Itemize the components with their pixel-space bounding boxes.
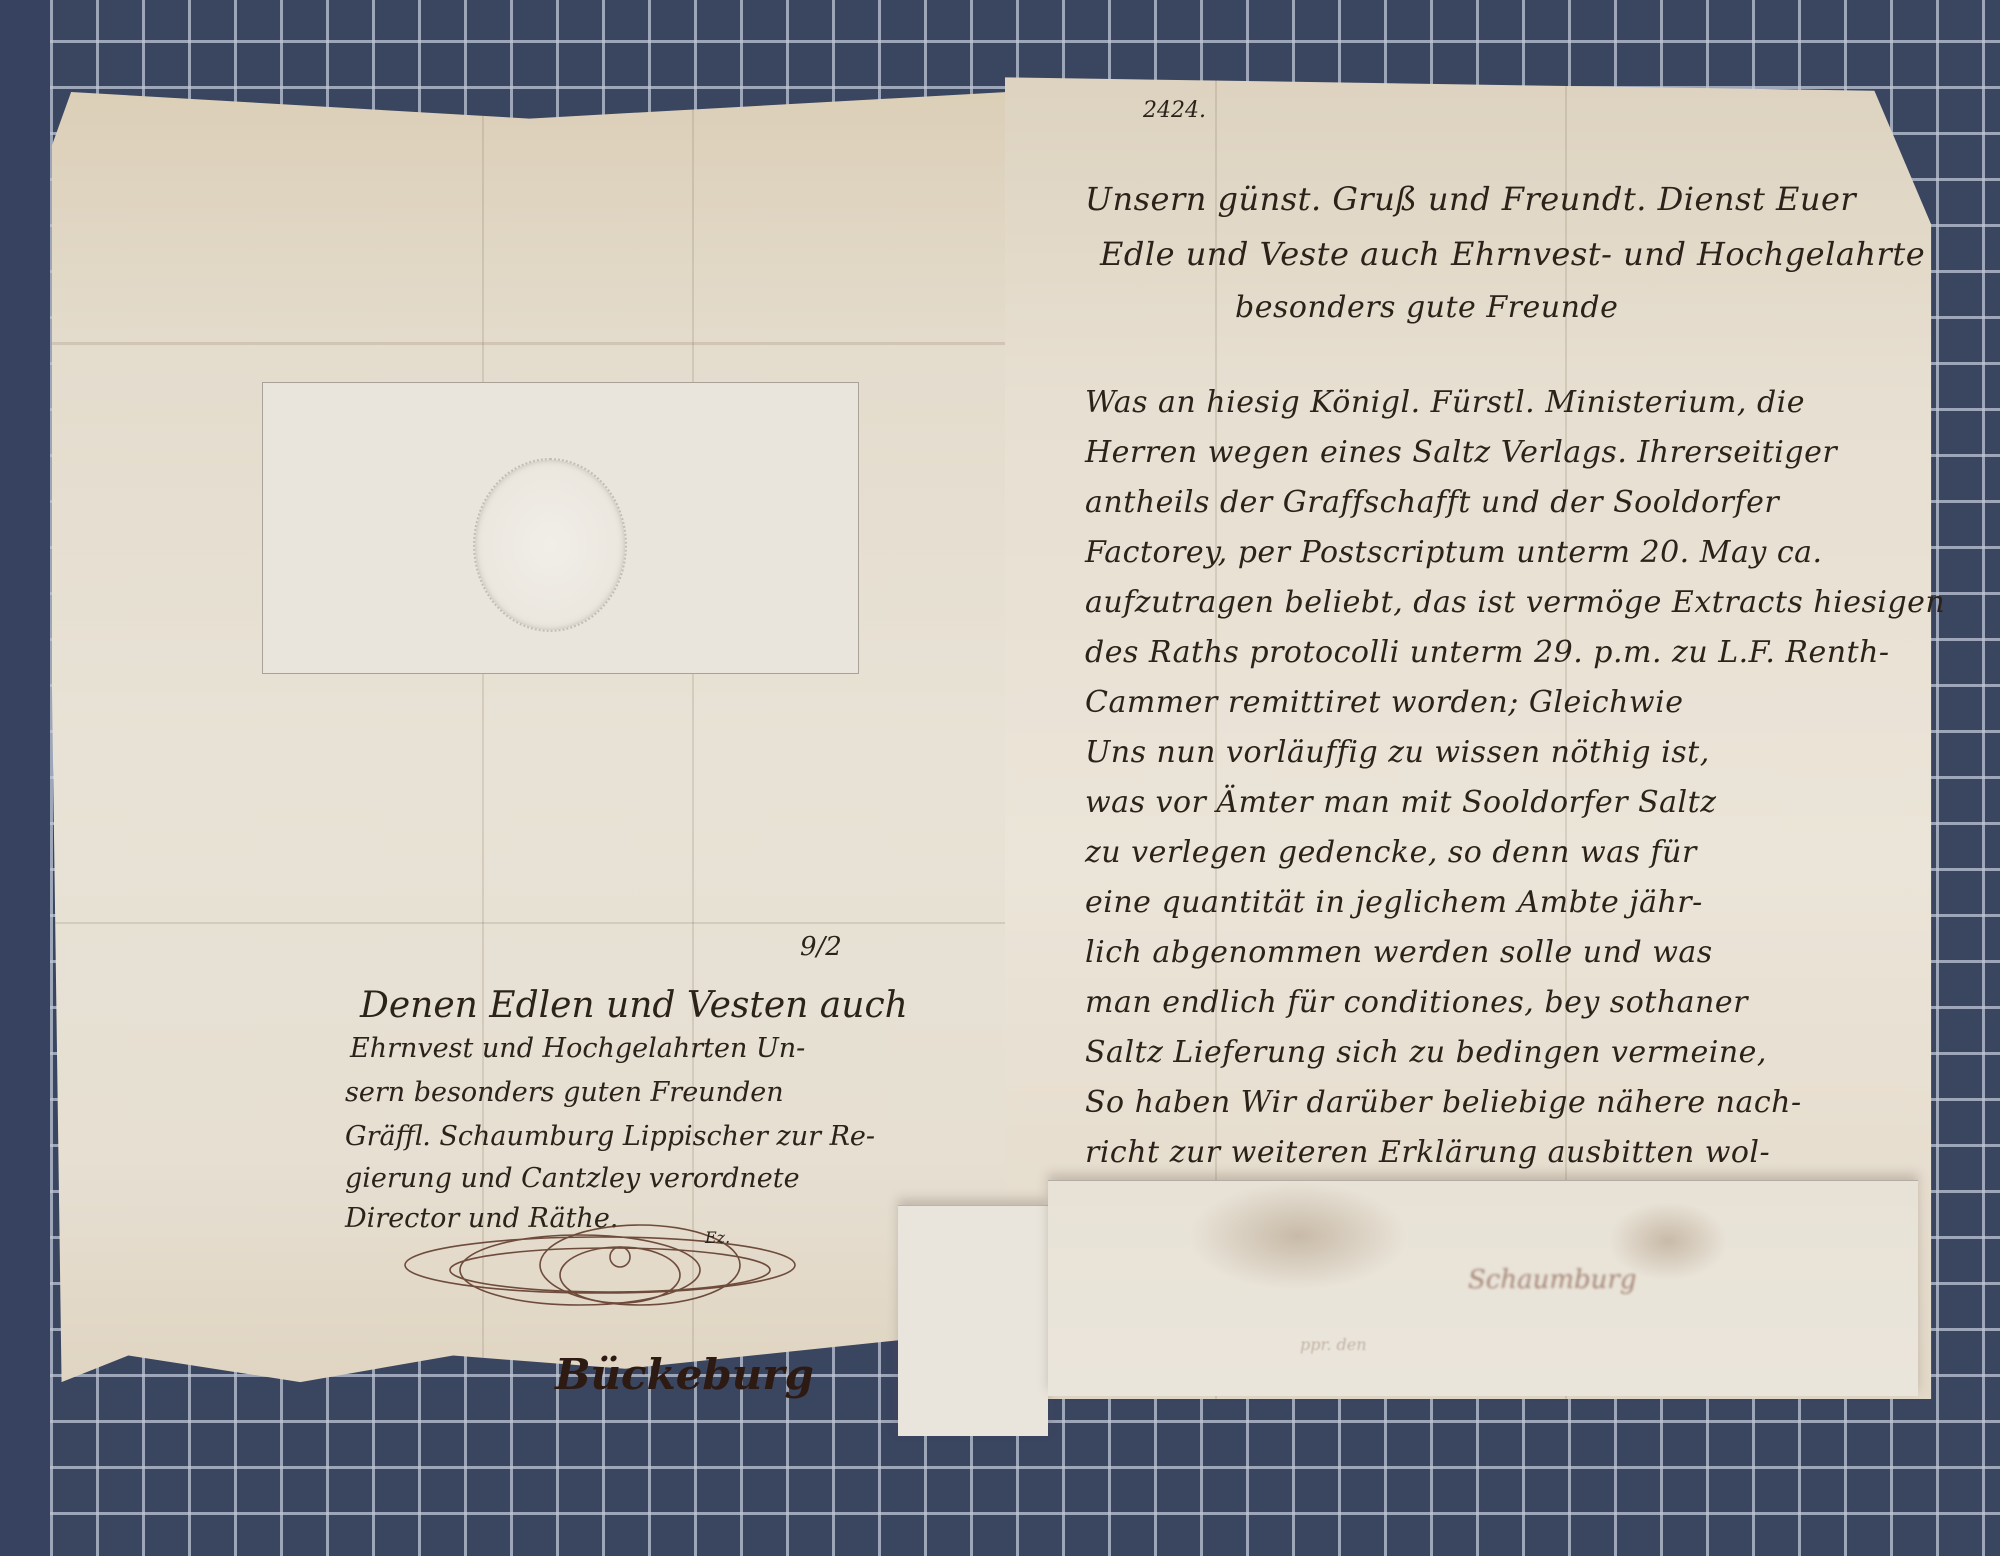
fold-crease (52, 922, 1007, 924)
address-line: Gräffl. Schaumburg Lippischer zur Re- (345, 1121, 875, 1152)
fraction-mark: 9/2 (800, 932, 842, 962)
salutation-line: Unsern günst. Gruß und Freundt. Dienst E… (1085, 180, 1856, 218)
body-line: was vor Ämter man mit Sooldorfer Saltz (1085, 785, 1717, 820)
body-line: eine quantität in jeglichem Ambte jähr- (1085, 885, 1703, 920)
body-line: lich abgenommen werden solle und was (1085, 935, 1713, 970)
cutting-mat-edge (0, 0, 50, 1556)
place-name: Bückeburg (555, 1350, 814, 1399)
bottom-fold-flap (898, 1205, 1048, 1436)
address-line: Denen Edlen und Vesten auch (360, 985, 908, 1026)
salutation-line: besonders gute Freunde (1235, 290, 1618, 325)
body-line: antheils der Graffschafft und der Sooldo… (1085, 485, 1779, 520)
archive-number: 2424. (1143, 98, 1206, 123)
embossed-seal-icon (473, 458, 627, 632)
water-stain (1188, 1181, 1408, 1291)
svg-text:Ez.: Ez. (704, 1228, 730, 1247)
salutation-line: Edle und Veste auch Ehrnvest- und Hochge… (1100, 235, 1925, 273)
body-line: des Raths protocolli unterm 29. p.m. zu … (1085, 635, 1890, 670)
body-line: richt zur weiteren Erklärung ausbitten w… (1085, 1135, 1770, 1170)
body-line: man endlich für conditiones, bey sothane… (1085, 985, 1748, 1020)
torn-edge (52, 342, 1007, 345)
body-line: Factorey, per Postscriptum unterm 20. Ma… (1085, 535, 1823, 570)
address-line: Ehrnvest und Hochgelahrten Un- (350, 1033, 805, 1064)
body-line: Uns nun vorläuffig zu wissen nöthig ist, (1085, 735, 1710, 770)
address-line: sern besonders guten Freunden (345, 1077, 784, 1108)
body-line: zu verlegen gedencke, so denn was für (1085, 835, 1697, 870)
body-line: So haben Wir darüber beliebige nähere na… (1085, 1085, 1802, 1120)
body-line: Cammer remittiret worden; Gleichwie (1085, 685, 1683, 720)
seal-flap (262, 382, 859, 674)
body-line: Saltz Lieferung sich zu bedingen vermein… (1085, 1035, 1767, 1070)
body-line: aufzutragen beliebt, das ist vermöge Ext… (1085, 585, 1945, 620)
body-line: Was an hiesig Königl. Fürstl. Ministeriu… (1085, 385, 1805, 420)
body-line: Herren wegen eines Saltz Verlags. Ihrers… (1085, 435, 1837, 470)
faint-note: ppr. den (1300, 1335, 1367, 1354)
calligraphic-flourish-icon: Ez. (400, 1215, 840, 1325)
address-line: gierung und Cantzley verordnete (345, 1163, 800, 1194)
postmark-stamp: Schaumburg (1468, 1265, 1688, 1313)
